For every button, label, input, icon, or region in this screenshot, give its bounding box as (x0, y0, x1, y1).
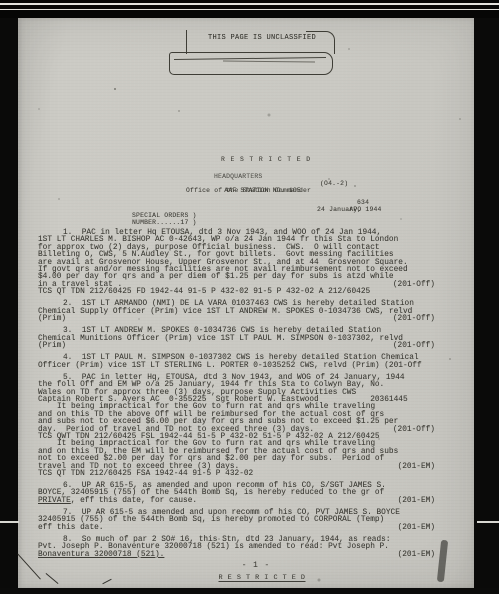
classification-header: R E S T R I C T E D (221, 156, 311, 163)
file-reference-tag: (201-EM) (398, 525, 435, 532)
order-paragraph: 8. So much of par 2 SO# 16, this Stn, dt… (38, 537, 435, 559)
unclassified-stamp: THIS PAGE IS UNCLASSFIED (165, 28, 337, 78)
scan-edge-line (0, 9, 499, 11)
file-reference-tag: (201-Off) (393, 343, 435, 350)
special-orders-label: SPECIAL ORDERS ) (132, 212, 197, 219)
line-text: TCS QT TDN 212/60425 FSA 1942-44 91-5 P … (38, 470, 253, 478)
order-paragraph: 7. UP AR 615-5 as amended and upon recom… (38, 510, 435, 532)
order-date: 24 January, 1944 (317, 206, 382, 213)
registration-dash-left (0, 521, 19, 523)
paper-speckles (18, 18, 20, 20)
station-code: (O4.-2) (320, 180, 348, 187)
scanned-document-view: THIS PAGE IS UNCLASSFIED R E S T R I C T… (0, 0, 499, 594)
order-paragraph: 4. 1ST LT PAUL M. SIMPSON 0-1037302 CWS … (38, 355, 435, 370)
scan-top-band (0, 0, 499, 18)
station-line: AAF STATION NO. 105 (O4.-2) (192, 180, 301, 208)
line-text: (Prim) (38, 342, 66, 350)
line-text: Officer (Prim) vice 1ST LT STERLING L. P… (38, 362, 422, 370)
line-text: Chemical Munitions Officer (Prim) vice 1… (38, 335, 403, 343)
registration-dash-right (477, 521, 499, 523)
stamp-box-outline (169, 52, 333, 75)
file-reference-tag: (201-Off) (393, 282, 435, 289)
order-paragraph: 1. PAC in letter Hq ETOUSA, dtd 3 Nov 19… (38, 230, 435, 297)
orders-number: NUMBER......17 ) (132, 219, 197, 226)
line-text: TCS QT TDN 212/60425 FD 1942-44 91-5 P 4… (38, 288, 370, 296)
page-number: - 1 - (28, 562, 484, 570)
apo-number: 634 (357, 199, 369, 206)
document-line: (Prim)(201-Off) (38, 316, 435, 323)
office-line: Office of the Station Commander (186, 187, 311, 194)
order-paragraph: 6. UP AR 615-5, as amended and upon reco… (38, 483, 435, 505)
file-reference-tag: (201-Off) (393, 316, 435, 323)
document-line: TCS QT TDN 212/60425 FSA 1942-44 91-5 P … (38, 471, 435, 478)
file-reference-tag: (201-EM) (398, 498, 435, 505)
file-reference-tag: (201-Off) (393, 427, 435, 434)
line-text: Bonaventura 32000718 (521). (38, 551, 164, 559)
document-line: (Prim)(201-Off) (38, 343, 435, 350)
stamp-text: THIS PAGE IS UNCLASSFIED (208, 34, 316, 42)
stamp-tick-mark (186, 30, 187, 54)
order-paragraph: 2. 1ST LT ARMANDO (NMI) DE LA VARA 01037… (38, 301, 435, 323)
orders-body: 1. PAC in letter Hq ETOUSA, dtd 3 Nov 19… (38, 230, 435, 559)
order-paragraph: 3. 1ST LT ANDREW M. SPOKES 0-1034736 CWS… (38, 328, 435, 350)
document-line: eff this date.(201-EM) (38, 525, 435, 532)
headquarters-line: HEADQUARTERS (214, 173, 262, 180)
scan-bottom-band (0, 588, 499, 594)
line-text: (Prim) (38, 315, 66, 323)
document-line: Officer (Prim) vice 1ST LT STERLING L. P… (38, 363, 435, 370)
file-reference-tag: (201-EM) (398, 464, 435, 471)
document-line: Bonaventura 32000718 (521).(201-EM) (38, 552, 435, 559)
line-text: Chemical Supply Officer (Prim) vice 1ST … (38, 308, 412, 316)
document-line: Chemical Munitions Officer (Prim) vice 1… (38, 336, 435, 343)
order-paragraph: 5. PAC in letter Hq, ETOUSA, dtd 3 Nov 1… (38, 375, 435, 478)
line-text: PRIVATE, eff this date, for cause. (38, 497, 197, 505)
scan-edge-line (0, 3, 499, 5)
classification-footer: R E S T R I C T E D (34, 574, 490, 582)
document-line: PRIVATE, eff this date, for cause.(201-E… (38, 498, 435, 505)
file-reference-tag: (201-EM) (398, 552, 435, 559)
document-page: THIS PAGE IS UNCLASSFIED R E S T R I C T… (18, 18, 474, 588)
document-line: Chemical Supply Officer (Prim) vice 1ST … (38, 309, 435, 316)
apo-line: APO 634 (317, 199, 361, 227)
line-text: eff this date. (38, 524, 104, 532)
document-line: TCS QT TDN 212/60425 FD 1942-44 91-5 P 4… (38, 289, 435, 296)
